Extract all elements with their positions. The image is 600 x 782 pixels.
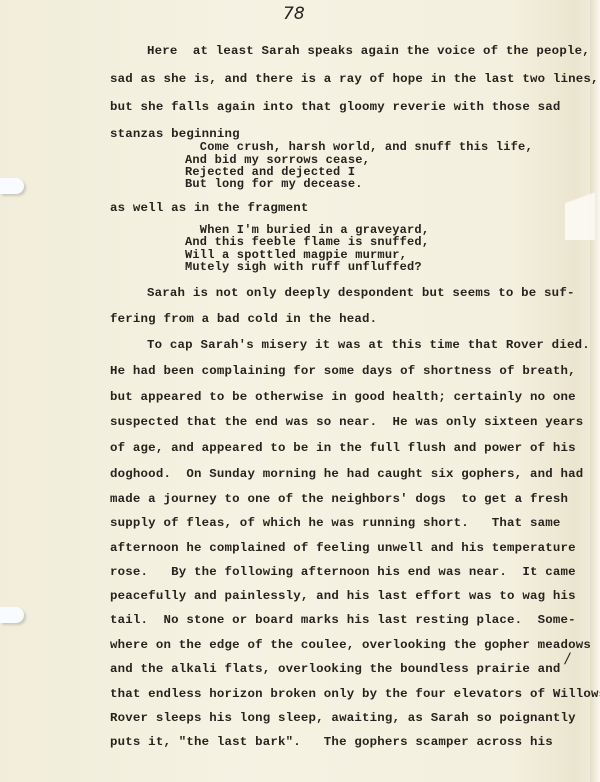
text-line: tail. No stone or board marks his last r… xyxy=(110,613,576,627)
text-line: Here at least Sarah speaks again the voi… xyxy=(147,44,590,58)
poem-line: Mutely sigh with ruff unfluffed? xyxy=(185,261,422,275)
page-number: 78 xyxy=(283,4,305,24)
text-line: Sarah is not only deeply despondent but … xyxy=(147,286,575,300)
text-line: that endless horizon broken only by the … xyxy=(110,687,600,701)
text-line: suspected that the end was so near. He w… xyxy=(110,415,583,429)
typewritten-page: 78 Here at least Sarah speaks again the … xyxy=(0,0,600,782)
poem-line: But long for my decease. xyxy=(185,178,363,192)
text-line: but she falls again into that gloomy rev… xyxy=(110,100,561,114)
paper-edge xyxy=(590,0,600,782)
text-line: made a journey to one of the neighbors' … xyxy=(110,492,568,506)
text-line: doghood. On Sunday morning he had caught… xyxy=(110,467,583,481)
paper-tear xyxy=(565,170,595,240)
text-line: afternoon he complained of feeling unwel… xyxy=(110,541,576,555)
text-line: but appeared to be otherwise in good hea… xyxy=(110,390,576,404)
text-line: and the alkali flats, overlooking the bo… xyxy=(110,662,561,676)
text-line: stanzas beginning xyxy=(110,127,240,141)
punch-hole-top xyxy=(0,178,24,194)
text-line: supply of fleas, of which he was running… xyxy=(110,516,561,530)
text-line: sad as she is, and there is a ray of hop… xyxy=(110,72,599,86)
punch-hole-bottom xyxy=(0,607,24,623)
text-line: To cap Sarah's misery it was at this tim… xyxy=(147,338,590,352)
text-line: of age, and appeared to be in the full f… xyxy=(110,441,576,455)
text-line: He had been complaining for some days of… xyxy=(110,364,576,378)
text-line: fering from a bad cold in the head. xyxy=(110,312,377,326)
text-line: rose. By the following afternoon his end… xyxy=(110,565,576,579)
text-line: puts it, "the last bark". The gophers sc… xyxy=(110,735,553,749)
text-line: as well as in the fragment xyxy=(110,201,309,215)
text-line: Rover sleeps his long sleep, awaiting, a… xyxy=(110,711,576,725)
handwritten-mark: / xyxy=(565,651,570,667)
text-line: where on the edge of the coulee, overloo… xyxy=(110,638,591,652)
text-line: peacefully and painlessly, and his last … xyxy=(110,589,576,603)
